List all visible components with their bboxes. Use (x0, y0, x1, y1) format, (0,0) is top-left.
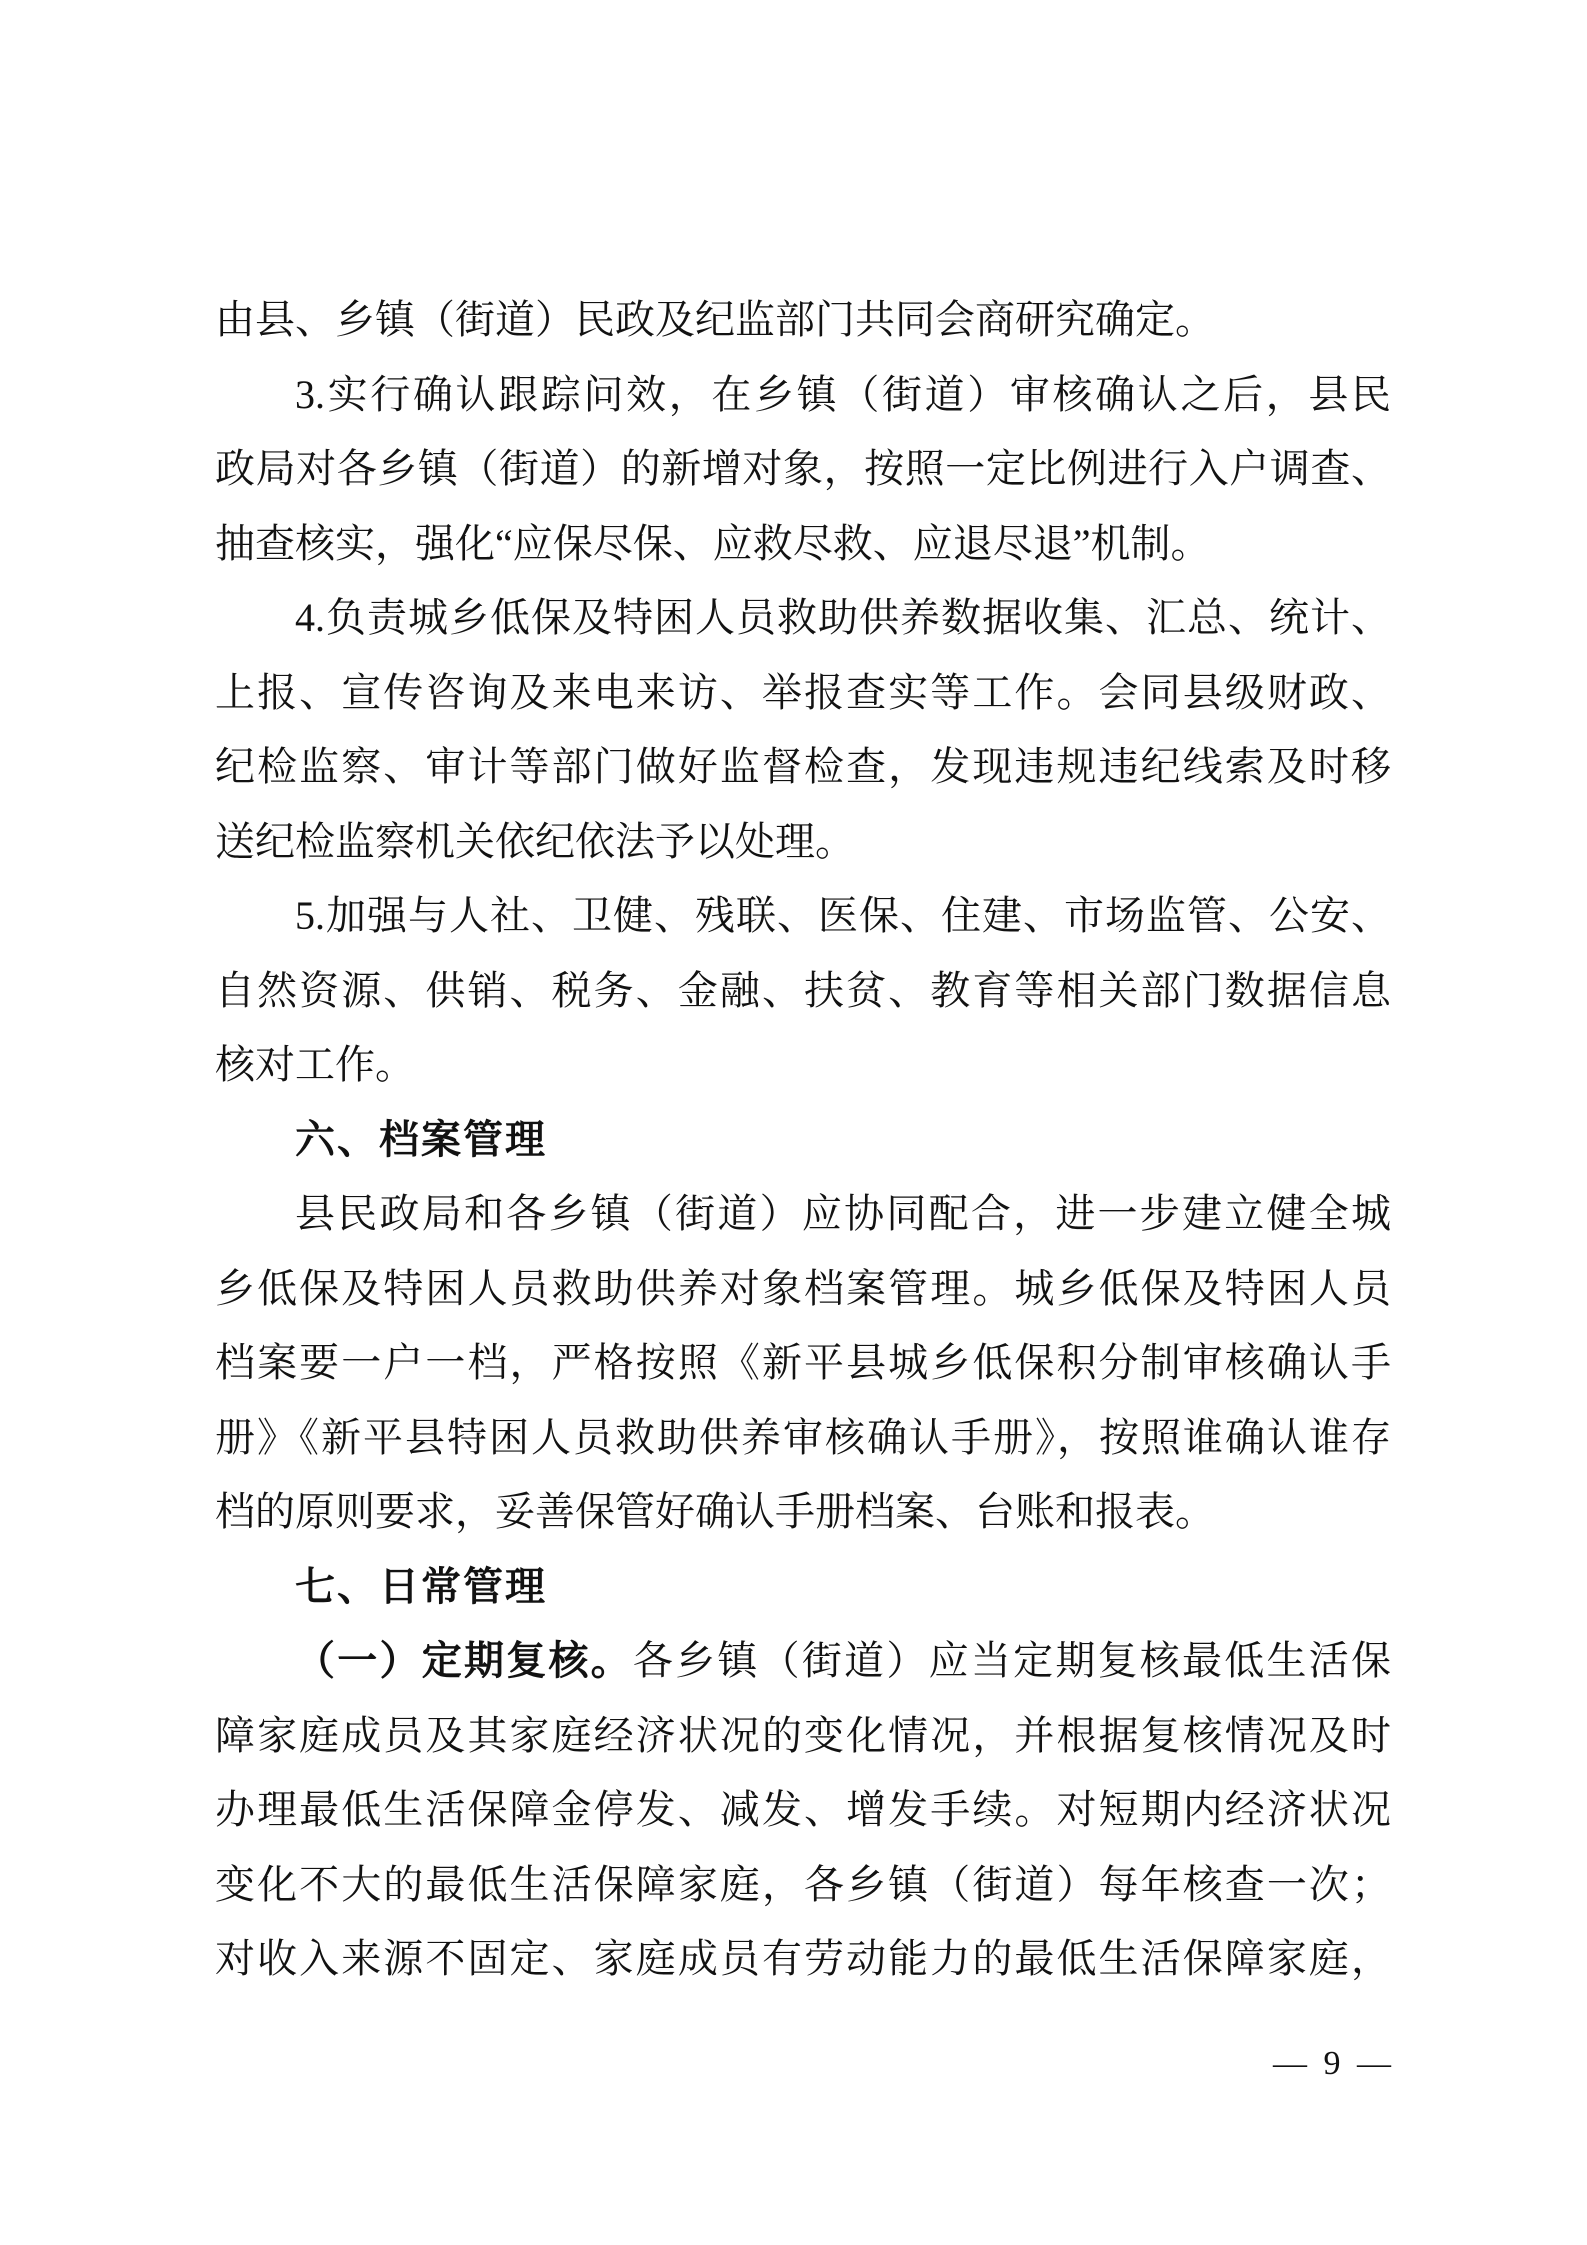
body-text: 县民政局和各乡镇（街道）应协同配合，进一步建立健全城 (295, 1191, 1391, 1236)
body-text: 自然资源、供销、税务、金融、扶贫、教育等相关部门数据信息 (215, 968, 1391, 1013)
text-line: 自然资源、供销、税务、金融、扶贫、教育等相关部门数据信息 (215, 954, 1391, 1029)
body-text: 办理最低生活保障金停发、减发、增发手续。对短期内经济状况 (215, 1787, 1391, 1832)
page-number: — 9 — (215, 2042, 1391, 2086)
text-line: 册》《新平县特困人员救助供养审核确认手册》，按照谁确认谁存 (215, 1401, 1391, 1476)
body-text: 乡低保及特困人员救助供养对象档案管理。城乡低保及特困人员 (215, 1266, 1391, 1311)
body-text: 核对工作。 (215, 1042, 415, 1087)
text-line: 对收入来源不固定、家庭成员有劳动能力的最低生活保障家庭， (215, 1922, 1391, 1997)
text-line: 障家庭成员及其家庭经济状况的变化情况，并根据复核情况及时 (215, 1699, 1391, 1774)
text-line: 档的原则要求，妥善保管好确认手册档案、台账和报表。 (215, 1475, 1391, 1550)
body-text: 3.实行确认跟踪问效，在乡镇（街道）审核确认之后，县民 (295, 372, 1391, 417)
text-line: 办理最低生活保障金停发、减发、增发手续。对短期内经济状况 (215, 1773, 1391, 1848)
body-text: 纪检监察、审计等部门做好监督检查，发现违规违纪线索及时移 (215, 744, 1391, 789)
text-line: 3.实行确认跟踪问效，在乡镇（街道）审核确认之后，县民 (215, 358, 1391, 433)
section-heading: 七、日常管理 (215, 1550, 1391, 1625)
text-line: 送纪检监察机关依纪依法予以处理。 (215, 805, 1391, 880)
body-text: 由县、乡镇（街道）民政及纪监部门共同会商研究确定。 (215, 297, 1215, 342)
document-page: 由县、乡镇（街道）民政及纪监部门共同会商研究确定。3.实行确认跟踪问效，在乡镇（… (0, 0, 1587, 2245)
text-line: 变化不大的最低生活保障家庭，各乡镇（街道）每年核查一次； (215, 1848, 1391, 1923)
body-text: 政局对各乡镇（街道）的新增对象，按照一定比例进行入户调查、 (215, 446, 1391, 491)
text-line: （一）定期复核。各乡镇（街道）应当定期复核最低生活保 (215, 1624, 1391, 1699)
text-line: 乡低保及特困人员救助供养对象档案管理。城乡低保及特困人员 (215, 1252, 1391, 1327)
text-line: 政局对各乡镇（街道）的新增对象，按照一定比例进行入户调查、 (215, 432, 1391, 507)
text-line: 档案要一户一档，严格按照《新平县城乡低保积分制审核确认手 (215, 1326, 1391, 1401)
body-text: 各乡镇（街道）应当定期复核最低生活保 (633, 1638, 1391, 1683)
text-line: 4.负责城乡低保及特困人员救助供养数据收集、汇总、统计、 (215, 581, 1391, 656)
body-text: 变化不大的最低生活保障家庭，各乡镇（街道）每年核查一次； (215, 1862, 1391, 1907)
body-text: 对收入来源不固定、家庭成员有劳动能力的最低生活保障家庭， (215, 1936, 1391, 1981)
text-line: 纪检监察、审计等部门做好监督检查，发现违规违纪线索及时移 (215, 730, 1391, 805)
emphasis-text: （一）定期复核。 (295, 1638, 633, 1683)
document-body: 由县、乡镇（街道）民政及纪监部门共同会商研究确定。3.实行确认跟踪问效，在乡镇（… (215, 283, 1391, 1997)
body-text: 5.加强与人社、卫健、残联、医保、住建、市场监管、公安、 (295, 893, 1391, 938)
body-text: 送纪检监察机关依纪依法予以处理。 (215, 819, 855, 864)
section-heading: 六、档案管理 (215, 1103, 1391, 1178)
text-line: 抽查核实，强化“应保尽保、应救尽救、应退尽退”机制。 (215, 507, 1391, 582)
body-text: 档的原则要求，妥善保管好确认手册档案、台账和报表。 (215, 1489, 1215, 1534)
text-line: 县民政局和各乡镇（街道）应协同配合，进一步建立健全城 (215, 1177, 1391, 1252)
body-text: 4.负责城乡低保及特困人员救助供养数据收集、汇总、统计、 (295, 595, 1391, 640)
emphasis-text: 七、日常管理 (295, 1565, 547, 1609)
body-text: 档案要一户一档，严格按照《新平县城乡低保积分制审核确认手 (215, 1340, 1391, 1385)
emphasis-text: 六、档案管理 (295, 1118, 547, 1162)
text-line: 5.加强与人社、卫健、残联、医保、住建、市场监管、公安、 (215, 879, 1391, 954)
body-text: 册》《新平县特困人员救助供养审核确认手册》，按照谁确认谁存 (215, 1415, 1391, 1460)
text-line: 上报、宣传咨询及来电来访、举报查实等工作。会同县级财政、 (215, 656, 1391, 731)
text-line: 由县、乡镇（街道）民政及纪监部门共同会商研究确定。 (215, 283, 1391, 358)
body-text: 障家庭成员及其家庭经济状况的变化情况，并根据复核情况及时 (215, 1713, 1391, 1758)
text-line: 核对工作。 (215, 1028, 1391, 1103)
body-text: 抽查核实，强化“应保尽保、应救尽救、应退尽退”机制。 (215, 521, 1211, 566)
body-text: 上报、宣传咨询及来电来访、举报查实等工作。会同县级财政、 (215, 670, 1391, 715)
